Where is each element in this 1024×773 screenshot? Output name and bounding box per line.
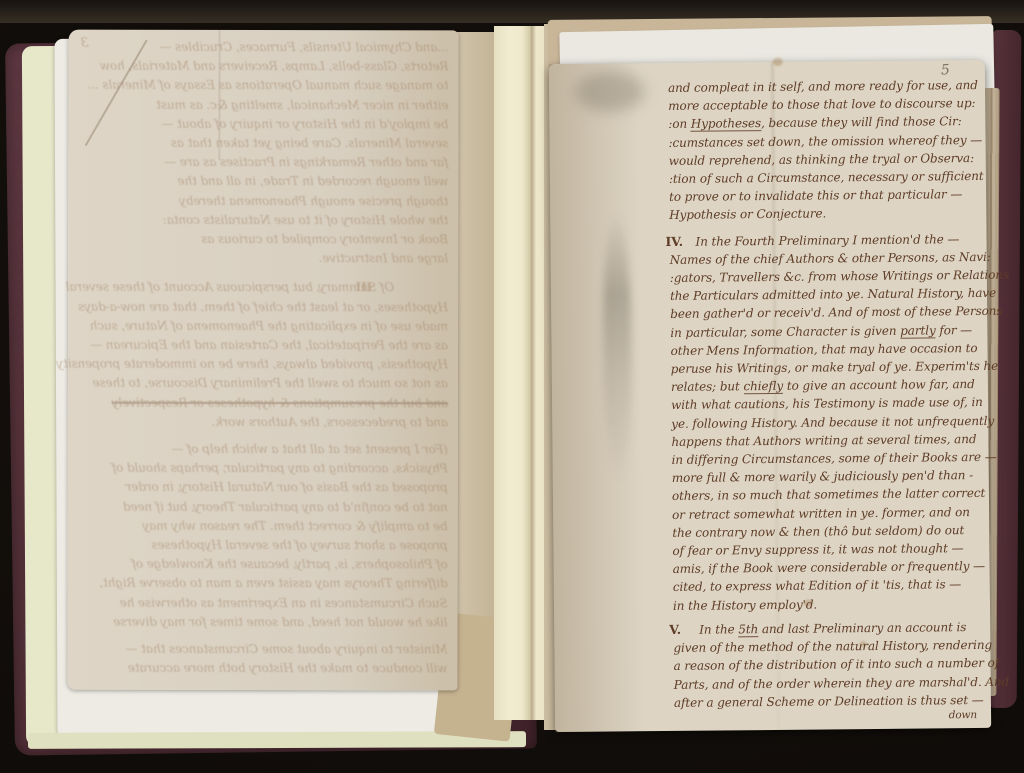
- manuscript-line: (For I present set at all that a which h…: [76, 440, 448, 460]
- paragraph: In the 5th and last Preliminary an accou…: [673, 618, 981, 712]
- manuscript-line: the whole History of it to use Naturalis…: [76, 211, 448, 231]
- manuscript-line: be imploy'd in the History or inquiry of…: [76, 114, 448, 134]
- manuscript-line: Hypothesis or Conjecture.: [669, 203, 976, 224]
- manuscript-line: Minister to inquiry about some Circumsta…: [75, 640, 447, 660]
- manuscript-line: Retorts, Glass-bells, Lamps, Receivers a…: [76, 57, 448, 77]
- manuscript-line: of Philosophers, is, partly, because the…: [76, 555, 448, 575]
- manuscript-line: like he would not heed, and some times f…: [76, 613, 448, 633]
- manuscript-line: Hypothesis, provided always, there be no…: [76, 355, 448, 375]
- manuscript-line: Hypotheses, or at least the chief of the…: [76, 297, 448, 317]
- manuscript-line: ...and Chymical Utensils, Furnaces, Cruc…: [77, 38, 449, 58]
- manuscript-line: after a general Scheme or Delineation is…: [674, 691, 981, 712]
- manuscript-line: to manage such manual Operations as Essa…: [76, 76, 448, 96]
- paragraph: (For I present set at all that a which h…: [76, 440, 448, 633]
- paragraph: ...and Chymical Utensils, Furnaces, Cruc…: [76, 38, 448, 269]
- manuscript-line: Book or Inventory compiled to curious as: [76, 230, 448, 250]
- manuscript-line: be to amplify & correct them. The reason…: [76, 517, 448, 537]
- paragraph: and compleat in it self, and more ready …: [668, 76, 976, 225]
- paragraph-marker: III: [356, 279, 427, 298]
- manuscript-line: Such Circumstances in an Experiment as o…: [76, 593, 448, 613]
- manuscript-line: well enough recorded in Trade, in all an…: [76, 172, 448, 192]
- manuscript-text: and compleat in it self, and more ready …: [668, 76, 981, 723]
- manuscript-line: far and other Remarkings in Practises as…: [76, 153, 448, 173]
- show-through-text: 3 ...and Chymical Utensils, Furnaces, Cr…: [75, 38, 448, 681]
- paragraph-marker: IV.: [639, 232, 683, 251]
- gutter-page-edge: [456, 32, 498, 696]
- paragraph: Minister to inquiry about some Circumsta…: [75, 640, 447, 679]
- manuscript-line: as are the Peripatetical, the Cartesian …: [76, 336, 448, 356]
- manuscript-line: though precise enough Phaenomena thereby: [76, 191, 448, 211]
- paragraph: In the Fourth Preliminary I mention'd th…: [669, 230, 980, 615]
- manuscript-line: will conduce to make the History both mo…: [75, 659, 447, 679]
- manuscript-line: as not so much to swell the Preliminary …: [76, 374, 448, 394]
- left-manuscript-leaf: 3 ...and Chymical Utensils, Furnaces, Cr…: [67, 30, 458, 691]
- right-manuscript-page: 5 and compleat in it self, and more read…: [549, 60, 991, 732]
- paragraph: Of Summary, but perspicuous Account of t…: [76, 278, 448, 432]
- manuscript-line: Of Summary, but perspicuous Account of t…: [76, 278, 448, 298]
- foxing-spot: [773, 58, 783, 66]
- manuscript-line: Physicks, according to any particular, p…: [76, 459, 448, 479]
- manuscript-line: not to be confin'd to any particular The…: [76, 497, 448, 517]
- photograph-of-open-manuscript-book: 3 ...and Chymical Utensils, Furnaces, Cr…: [0, 0, 1024, 773]
- manuscript-line: large and Instructive.: [76, 249, 448, 269]
- manuscript-line: in the History employ'd.: [673, 594, 980, 615]
- manuscript-line: and to predecessors, the Authors work.: [76, 413, 448, 433]
- manuscript-line: proposed as the Basis of our Natural His…: [76, 478, 448, 498]
- manuscript-line: either in nicer Mechanical, smelting &c.…: [76, 95, 448, 115]
- manuscript-line: and but the presumptions & hypotheses or…: [76, 393, 448, 413]
- manuscript-line: several Minerals. Care being yet taken t…: [76, 134, 448, 154]
- manuscript-line: propose a short survey of the several Hy…: [76, 536, 448, 556]
- gutter-center-fold: [494, 26, 548, 720]
- paragraph-marker: V.: [643, 621, 681, 640]
- manuscript-line: differing Theorys may assist even a man …: [76, 574, 448, 594]
- manuscript-line: made use of in explicating the Phaenomen…: [76, 317, 448, 337]
